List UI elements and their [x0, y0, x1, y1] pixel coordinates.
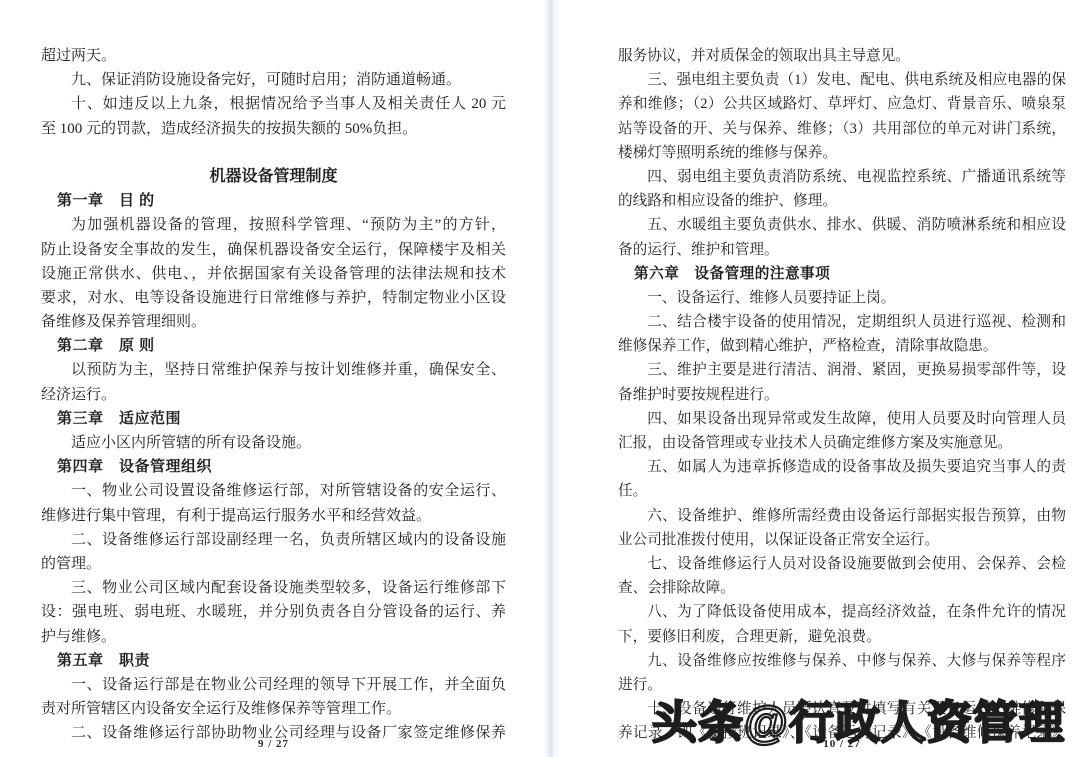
chapter-heading: 第四章 设备管理组织 [41, 455, 506, 479]
chapter-heading: 第二章 原 则 [41, 334, 506, 358]
text-line: 养和维修；（2）公共区域路灯、草坪灯、应急灯、背景音乐、喷泉泵 [618, 92, 1066, 116]
text-line: 业公司批准拨付使用，以保证设备正常安全运行。 [618, 528, 1066, 552]
text-line: 备维护时要按规程进行。 [618, 383, 1066, 407]
text-line: 防止设备安全事故的发生，确保机器设备安全运行，保障楼宇及相关 [41, 238, 506, 262]
text-line: 设施正常供水、供电、，并依据国家有关设备管理的法律法规和技术 [41, 262, 506, 286]
page-gutter-shadow [543, 0, 561, 757]
text-line: 五、水暖组主要负责供水、排水、供暖、消防喷淋系统和相应设 [618, 213, 1066, 237]
text-line: 七、设备维修运行人员对设备设施要做到会使用、会保养、会检 [618, 552, 1066, 576]
text-line: 的线路和相应设备的维护、修理。 [618, 189, 1066, 213]
text-line: 汇报，由设备管理或专业技术人员确定维修方案及实施意见。 [618, 431, 1066, 455]
blank-line [41, 141, 506, 165]
text-line: 二、结合楼宇设备的使用情况，定期组织人员进行巡视、检测和 [618, 310, 1066, 334]
watermark: 头条@行政人资管理 [652, 686, 1065, 751]
document-page-left: 超过两天。九、保证消防设施设备完好，可随时启用；消防通道畅通。十、如违反以上九条… [0, 0, 552, 757]
document-page-right: 服务协议，并对质保金的领取出具主导意见。三、强电组主要负责（1）发电、配电、供电… [556, 0, 1080, 757]
text-line: 任。 [618, 479, 1066, 503]
text-line: 一、物业公司设置设备维修运行部，对所管辖设备的安全运行、 [41, 479, 506, 503]
text-line: 为加强机器设备的管理，按照科学管理、“预防为主”的方针， [41, 213, 506, 237]
text-line: 超过两天。 [41, 44, 506, 68]
text-line: 备的运行、维护和管理。 [618, 238, 1066, 262]
text-line: 四、如果设备出现异常或发生故障，使用人员要及时向管理人员 [618, 407, 1066, 431]
page-text-column: 超过两天。九、保证消防设施设备完好，可随时启用；消防通道畅通。十、如违反以上九条… [41, 44, 506, 745]
text-line: 下，要修旧利废，合理更新，避免浪费。 [618, 625, 1066, 649]
chapter-heading: 第一章 目 的 [41, 189, 506, 213]
text-line: 维修进行集中管理，有利于提高运行服务水平和经营效益。 [41, 504, 506, 528]
text-line: 至 100 元的罚款，造成经济损失的按损失额的 50%负担。 [41, 117, 506, 141]
text-line: 维修保养工作，做到精心维护，严格检查，清除事故隐患。 [618, 334, 1066, 358]
text-line: 三、强电组主要负责（1）发电、配电、供电系统及相应电器的保 [618, 68, 1066, 92]
text-line: 一、设备运行部是在物业公司经理的领导下开展工作，并全面负 [41, 673, 506, 697]
text-line: 楼梯灯等照明系统的维修与保养。 [618, 141, 1066, 165]
text-line: 三、物业公司区域内配套设备设施类型较多，设备运行维修部下 [41, 576, 506, 600]
chapter-heading: 第三章 适应范围 [41, 407, 506, 431]
text-line: 的管理。 [41, 552, 506, 576]
text-line: 二、设备维修运行部设副经理一名，负责所辖区域内的设备设施 [41, 528, 506, 552]
text-line: 备维修及保养管理细则。 [41, 310, 506, 334]
text-line: 设：强电班、弱电班、水暖班，并分别负责各自分管设备的运行、养 [41, 600, 506, 624]
chapter-heading: 第六章 设备管理的注意事项 [618, 262, 1066, 286]
text-line: 要求，对水、电等设备设施进行日常维修与养护，特制定物业小区设 [41, 286, 506, 310]
text-line: 九、保证消防设施设备完好，可随时启用；消防通道畅通。 [41, 68, 506, 92]
text-line: 五、如属人为违章拆修造成的设备事故及损失要追究当事人的责 [618, 455, 1066, 479]
page-text-column: 服务协议，并对质保金的领取出具主导意见。三、强电组主要负责（1）发电、配电、供电… [618, 44, 1066, 745]
text-line: 服务协议，并对质保金的领取出具主导意见。 [618, 44, 1066, 68]
document-title: 机器设备管理制度 [41, 165, 506, 189]
text-line: 站等设备的开、关与保养、维修；（3）共用部位的单元对讲门系统， [618, 117, 1066, 141]
text-line: 护与维修。 [41, 625, 506, 649]
document-spread: 超过两天。九、保证消防设施设备完好，可随时启用；消防通道畅通。十、如违反以上九条… [0, 0, 1080, 757]
text-line: 经济运行。 [41, 383, 506, 407]
text-line: 一、设备运行、维修人员要持证上岗。 [618, 286, 1066, 310]
chapter-heading: 第五章 职责 [41, 649, 506, 673]
text-line: 九、设备维修应按维修与保养、中修与保养、大修与保养等程序 [618, 649, 1066, 673]
text-line: 责对所管辖区内设备安全运行及维修保养等管理工作。 [41, 697, 506, 721]
text-line: 十、如违反以上九条，根据情况给予当事人及相关责任人 20 元 [41, 92, 506, 116]
page-number: 9 / 27 [41, 738, 506, 754]
text-line: 八、为了降低设备使用成本，提高经济效益，在条件允许的情况 [618, 600, 1066, 624]
text-line: 四、弱电组主要负责消防系统、电视监控系统、广播通讯系统等 [618, 165, 1066, 189]
text-line: 适应小区内所管辖的所有设备设施。 [41, 431, 506, 455]
text-line: 三、维护主要是进行清洁、润滑、紧固，更换易损零部件等，设 [618, 358, 1066, 382]
text-line: 查、会排除故障。 [618, 576, 1066, 600]
text-line: 六、设备维护、维修所需经费由设备运行部据实报告预算，由物 [618, 504, 1066, 528]
text-line: 以预防为主，坚持日常维护保养与按计划维修并重，确保安全、 [41, 358, 506, 382]
